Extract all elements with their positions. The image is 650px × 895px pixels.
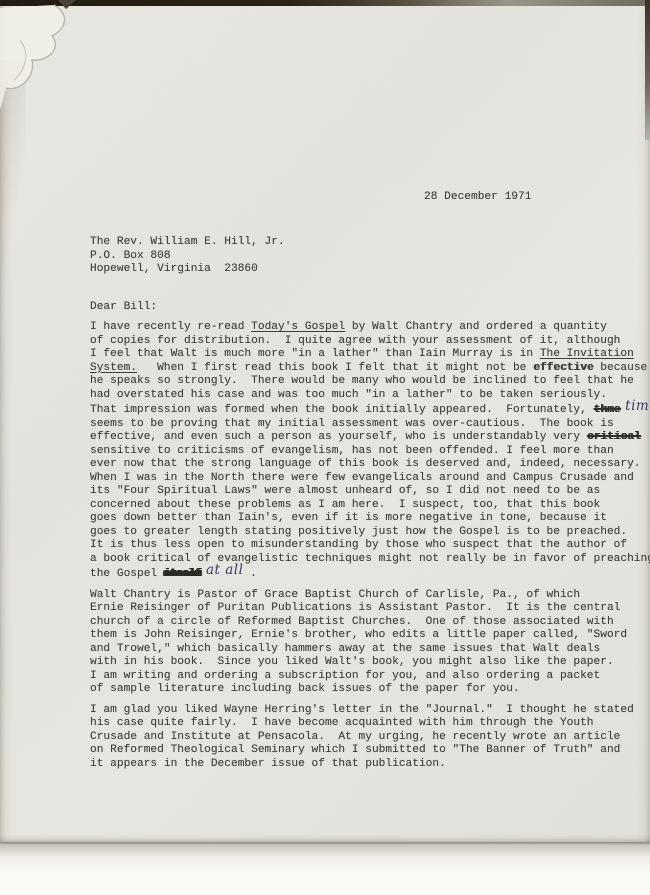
letter-paper: 28 December 1971 The Rev. William E. Hil… <box>0 0 650 842</box>
text-segment: thme <box>594 404 621 416</box>
text-segment: and Trowel," which basically hammers awa… <box>90 643 600 655</box>
letter-line: the Gospel itself at all . <box>90 566 642 582</box>
letter-date: 28 December 1971 <box>424 191 531 203</box>
text-segment: critical <box>587 431 641 443</box>
text-segment: I am writing and ordering a subscription… <box>90 670 600 682</box>
letter-line: I have recently re-read Today's Gospel b… <box>90 321 642 335</box>
letter-line: them is John Reisinger, Ernie's brother,… <box>90 629 642 643</box>
text-segment: seems to be proving that my initial asse… <box>90 418 614 430</box>
text-segment: Today's Gospel <box>251 321 345 333</box>
letter-line: seems to be proving that my initial asse… <box>90 418 642 432</box>
text-segment: effective <box>533 362 593 374</box>
text-segment: on Reformed Theological Seminary which I… <box>90 744 620 756</box>
text-segment: its "Four Spiritual Laws" were almost un… <box>90 485 600 497</box>
letter-line: and Trowel," which basically hammers awa… <box>90 643 642 657</box>
text-segment: ever now that the strong language of thi… <box>90 458 641 470</box>
letter-line: I am writing and ordering a subscription… <box>90 670 642 684</box>
letter-line: it appears in the December issue of that… <box>90 758 642 772</box>
letter-line: church of a circle of Reformed Baptist C… <box>90 616 642 630</box>
text-segment: I feel that Walt is much more "in a lath… <box>90 348 540 360</box>
text-segment: sensitive to criticisms of evangelism, h… <box>90 445 614 457</box>
text-segment: by Walt Chantry and ordered a quantity <box>345 321 607 333</box>
letter-line: he speaks so strongly. There would be ma… <box>90 375 642 389</box>
text-segment: Crusade and Institute at Pensacola. At m… <box>90 731 620 743</box>
text-segment: . <box>243 568 256 580</box>
text-segment: a book critical of evangelistic techniqu… <box>90 553 650 565</box>
letter-line: I am glad you liked Wayne Herring's lett… <box>90 704 642 718</box>
letter-line: on Reformed Theological Seminary which I… <box>90 744 642 758</box>
torn-corner <box>0 0 210 140</box>
text-segment: I am glad you liked Wayne Herring's lett… <box>90 704 634 716</box>
text-segment: That impression was formed when the book… <box>90 404 594 416</box>
recipient-box: P.O. Box 808 <box>90 250 285 264</box>
letter-line: System. When I first read this book I fe… <box>90 362 642 376</box>
text-segment: itself <box>164 568 201 580</box>
letter-line: That impression was formed when the book… <box>90 402 642 418</box>
text-segment: because <box>594 362 648 374</box>
letter-line: effective, and even such a person as you… <box>90 431 642 445</box>
text-segment: them is John Reisinger, Ernie's brother,… <box>90 629 627 641</box>
text-segment: I have recently re-read <box>90 321 251 333</box>
letter-line: of copies for distribution. I quite agre… <box>90 335 642 349</box>
paragraph: I have recently re-read Today's Gospel b… <box>90 321 642 582</box>
text-segment: of sample literature including back issu… <box>90 683 520 695</box>
text-segment: Ernie Reisinger of Puritan Publications … <box>90 602 620 614</box>
text-segment: his case quite fairly. I have become acq… <box>90 717 594 729</box>
paragraph: Walt Chantry is Pastor of Grace Baptist … <box>90 589 642 697</box>
letter-line: its "Four Spiritual Laws" were almost un… <box>90 485 642 499</box>
letter-line: of sample literature including back issu… <box>90 683 642 697</box>
text-segment: The Invitation <box>540 348 634 360</box>
text-segment: with in his book. Since you liked Walt's… <box>90 656 614 668</box>
recipient-address: The Rev. William E. Hill, Jr. P.O. Box 8… <box>90 236 285 277</box>
text-segment: concerned about these problems as I am h… <box>90 499 600 511</box>
text-segment: Walt Chantry is Pastor of Grace Baptist … <box>90 589 580 601</box>
letter-line: had overstated his case and was too much… <box>90 389 642 403</box>
scanner-background <box>0 842 650 895</box>
text-segment: effective, and even such a person as you… <box>90 431 587 443</box>
handwritten-correction: at all <box>201 562 243 578</box>
letter-line: Ernie Reisinger of Puritan Publications … <box>90 602 642 616</box>
letter-line: concerned about these problems as I am h… <box>90 499 642 513</box>
letter-line: I feel that Walt is much more "in a lath… <box>90 348 642 362</box>
text-segment: it appears in the December issue of that… <box>90 758 446 770</box>
text-segment: had overstated his case and was too much… <box>90 389 607 401</box>
text-segment: When I was in the North there were few e… <box>90 472 634 484</box>
letter-line: sensitive to criticisms of evangelism, h… <box>90 445 642 459</box>
recipient-city: Hopewell, Virginia 23860 <box>90 263 285 277</box>
text-segment: he speaks so strongly. There would be ma… <box>90 375 634 387</box>
scan-right-edge <box>645 0 650 140</box>
text-segment: the Gospel <box>90 568 164 580</box>
letter-line: Walt Chantry is Pastor of Grace Baptist … <box>90 589 642 603</box>
letter-line: goes to greater length stating positivel… <box>90 526 642 540</box>
scanned-letter-page: 28 December 1971 The Rev. William E. Hil… <box>0 0 650 895</box>
text-segment: church of a circle of Reformed Baptist C… <box>90 616 614 628</box>
letter-line: his case quite fairly. I have become acq… <box>90 717 642 731</box>
letter-line: Crusade and Institute at Pensacola. At m… <box>90 731 642 745</box>
text-segment: When I first read this book I felt that … <box>137 362 533 374</box>
letter-body: I have recently re-read Today's Gospel b… <box>90 321 642 778</box>
handwritten-correction: time <box>620 398 650 414</box>
text-segment: System. <box>90 362 137 374</box>
recipient-name: The Rev. William E. Hill, Jr. <box>90 236 285 250</box>
text-segment: goes to greater length stating positivel… <box>90 526 627 538</box>
letter-line: When I was in the North there were few e… <box>90 472 642 486</box>
letter-line: a book critical of evangelistic techniqu… <box>90 553 642 567</box>
text-segment: of copies for distribution. I quite agre… <box>90 335 620 347</box>
text-segment: goes down better than Iain's, even if it… <box>90 512 607 524</box>
letter-line: It is thus less open to misunderstanding… <box>90 539 642 553</box>
salutation: Dear Bill: <box>90 301 157 313</box>
letter-line: ever now that the strong language of thi… <box>90 458 642 472</box>
text-segment: It is thus less open to misunderstanding… <box>90 539 627 551</box>
letter-line: goes down better than Iain's, even if it… <box>90 512 642 526</box>
letter-line: with in his book. Since you liked Walt's… <box>90 656 642 670</box>
paragraph: I am glad you liked Wayne Herring's lett… <box>90 704 642 772</box>
